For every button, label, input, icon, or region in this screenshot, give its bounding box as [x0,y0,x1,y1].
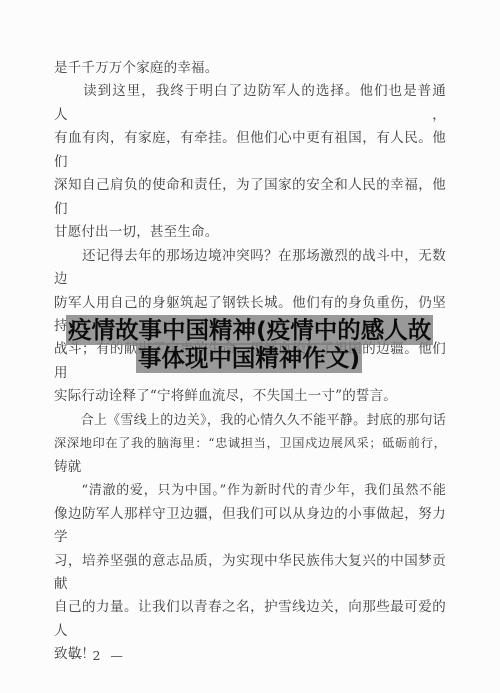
text-line: 深知自己肩负的使命和责任，为了国家的安全和人民的幸福，他们 [54,174,446,221]
text-line: 习，培养坚强的意志品质，为实现中华民族伟大复兴的中国梦贡献 [54,550,446,597]
text-line: 深深地印在了我的脑海里：“忠诚担当，卫国戍边展风采；砥砺前行， [54,432,446,455]
overlay-title-line1: 疫情故事中国精神(疫情中的感人故 [68,316,431,344]
seo-title-overlay: 疫情故事中国精神(疫情中的感人故事体现中国精神作文) [66,318,432,373]
text-line: 还记得去年的那场边境冲突吗？在那场激烈的战斗中，无数边 [54,245,446,292]
text-line: 读到这里，我终于明白了边防军人的选择。他们也是普通人， [54,80,446,127]
overlay-title-line2: 事体现中国精神作文) [138,344,360,372]
text-line: 自己的力量。让我们以青春之名，护雪线边关，向那些最可爱的人 [54,596,446,643]
text-line: 是千千万万个家庭的幸福。 [54,57,446,80]
text-line: “清澈的爱，只为中国。”作为新时代的青少年，我们虽然不能 [54,479,446,502]
document-page: 是千千万万个家庭的幸福。 读到这里，我终于明白了边防军人的选择。他们也是普通人，… [0,0,500,693]
page-number: — 2 — [70,648,126,663]
text-line: 实际行动诠释了“宁将鲜血流尽，不失国土一寸”的誓言。 [54,385,446,408]
text-line: 合上《雪线上的边关》，我的心情久久不能平静。封底的那句话 [54,409,446,432]
text-line: 铸就 [54,456,446,479]
text-line: 甘愿付出一切，甚至生命。 [54,221,446,244]
text-line: 有血有肉，有家庭，有牵挂。但他们心中更有祖国，有人民。他们 [54,127,446,174]
overlay-title: 疫情故事中国精神(疫情中的感人故事体现中国精神作文) [66,315,433,373]
text-line: 像边防军人那样守卫边疆，但我们可以从身边的小事做起，努力学 [54,503,446,550]
